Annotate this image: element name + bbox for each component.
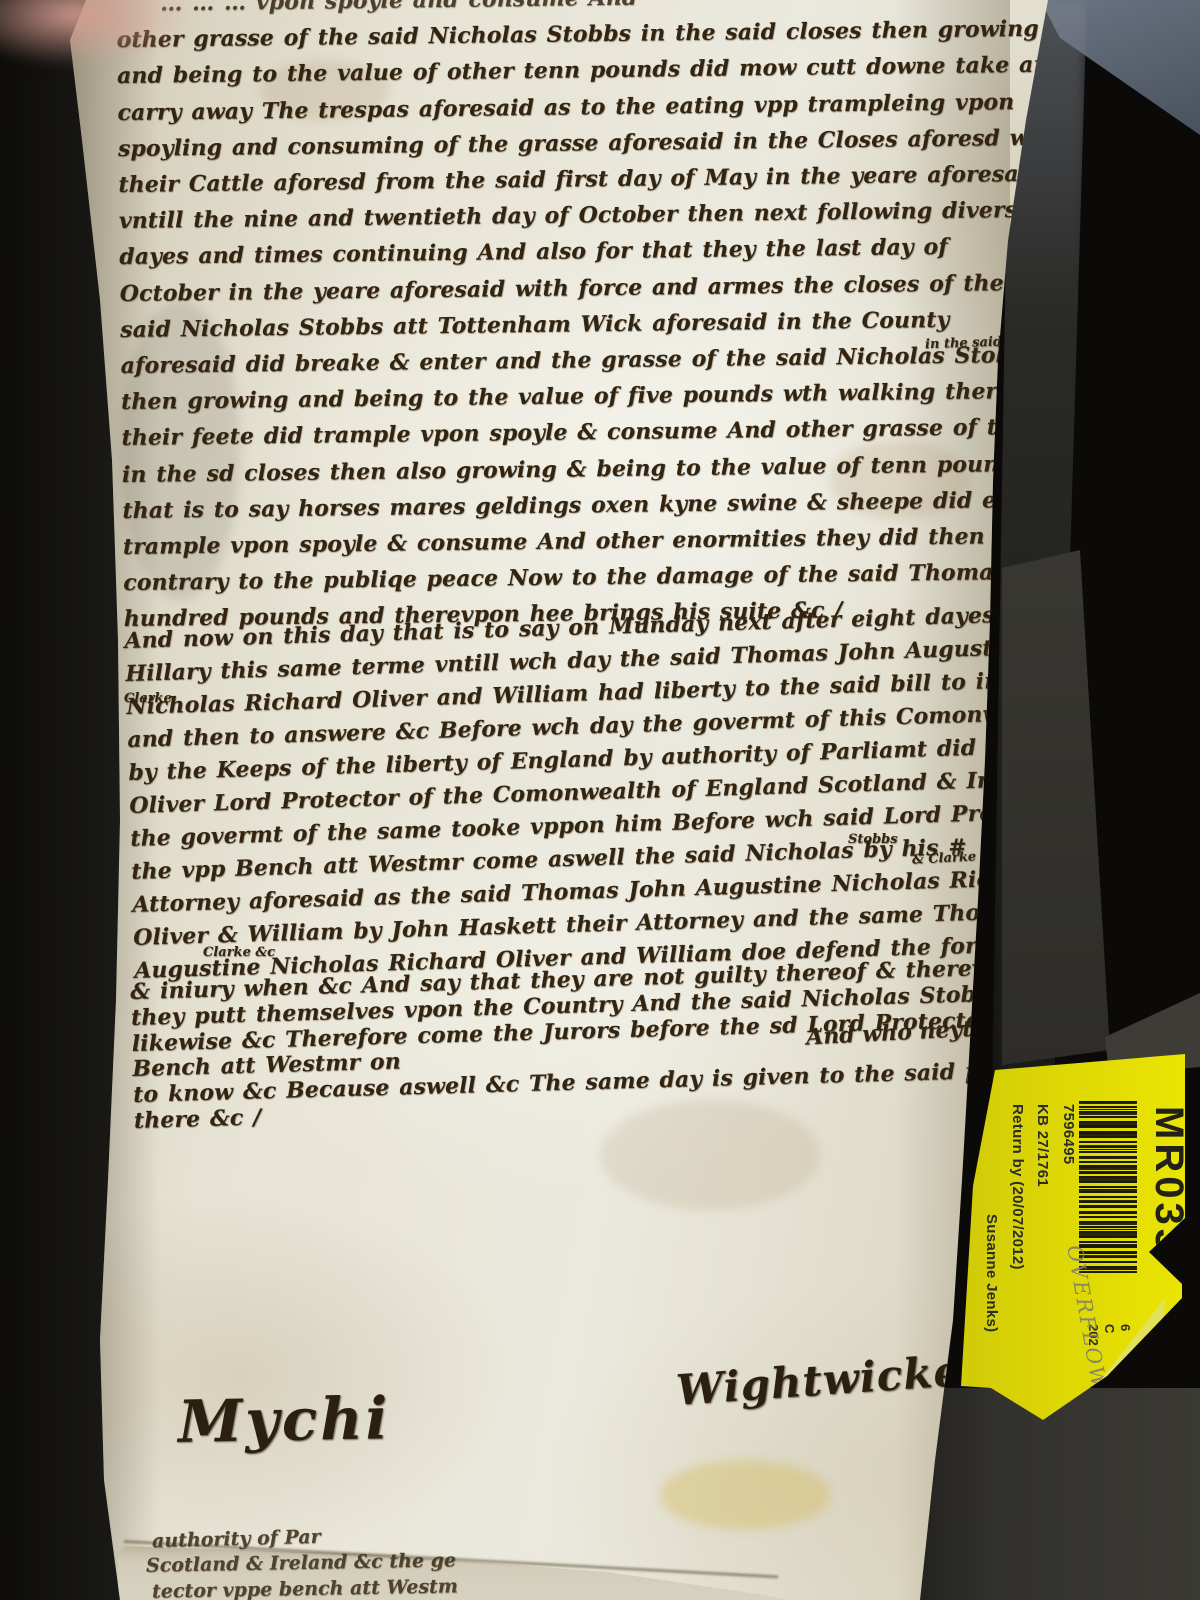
parchment-yellow-stain — [660, 1460, 830, 1530]
label-document-reference: KB 27/1761 — [1034, 1104, 1051, 1187]
interlineation: Stobbs — [848, 833, 898, 846]
signature-left: Mychi — [177, 1384, 391, 1456]
lower-membrane-line: authority of Par — [152, 1526, 321, 1552]
interlineation: Clarke — [124, 692, 172, 705]
dark-surface-below-label — [900, 1388, 1200, 1600]
interlineation: & Clarke — [912, 850, 977, 866]
barcode — [1079, 1101, 1137, 1273]
lower-membrane-line: tector vppe bench att Westm — [152, 1575, 458, 1600]
interlineation: Clarke &c — [203, 946, 275, 959]
photograph-of-manuscript: MR033 7596495 KB 27/1761 Return by (20/0… — [0, 0, 1200, 1600]
label-return-by: Return by (20/07/2012) — [1009, 1104, 1026, 1270]
label-barcode-number: 7596495 — [1060, 1104, 1077, 1165]
finger-blur — [0, 0, 200, 67]
manuscript-paragraph-2: And now on this day that is to say on Mu… — [124, 596, 1116, 988]
label-requester-partial: Susanne Jenks) — [983, 1214, 1000, 1332]
